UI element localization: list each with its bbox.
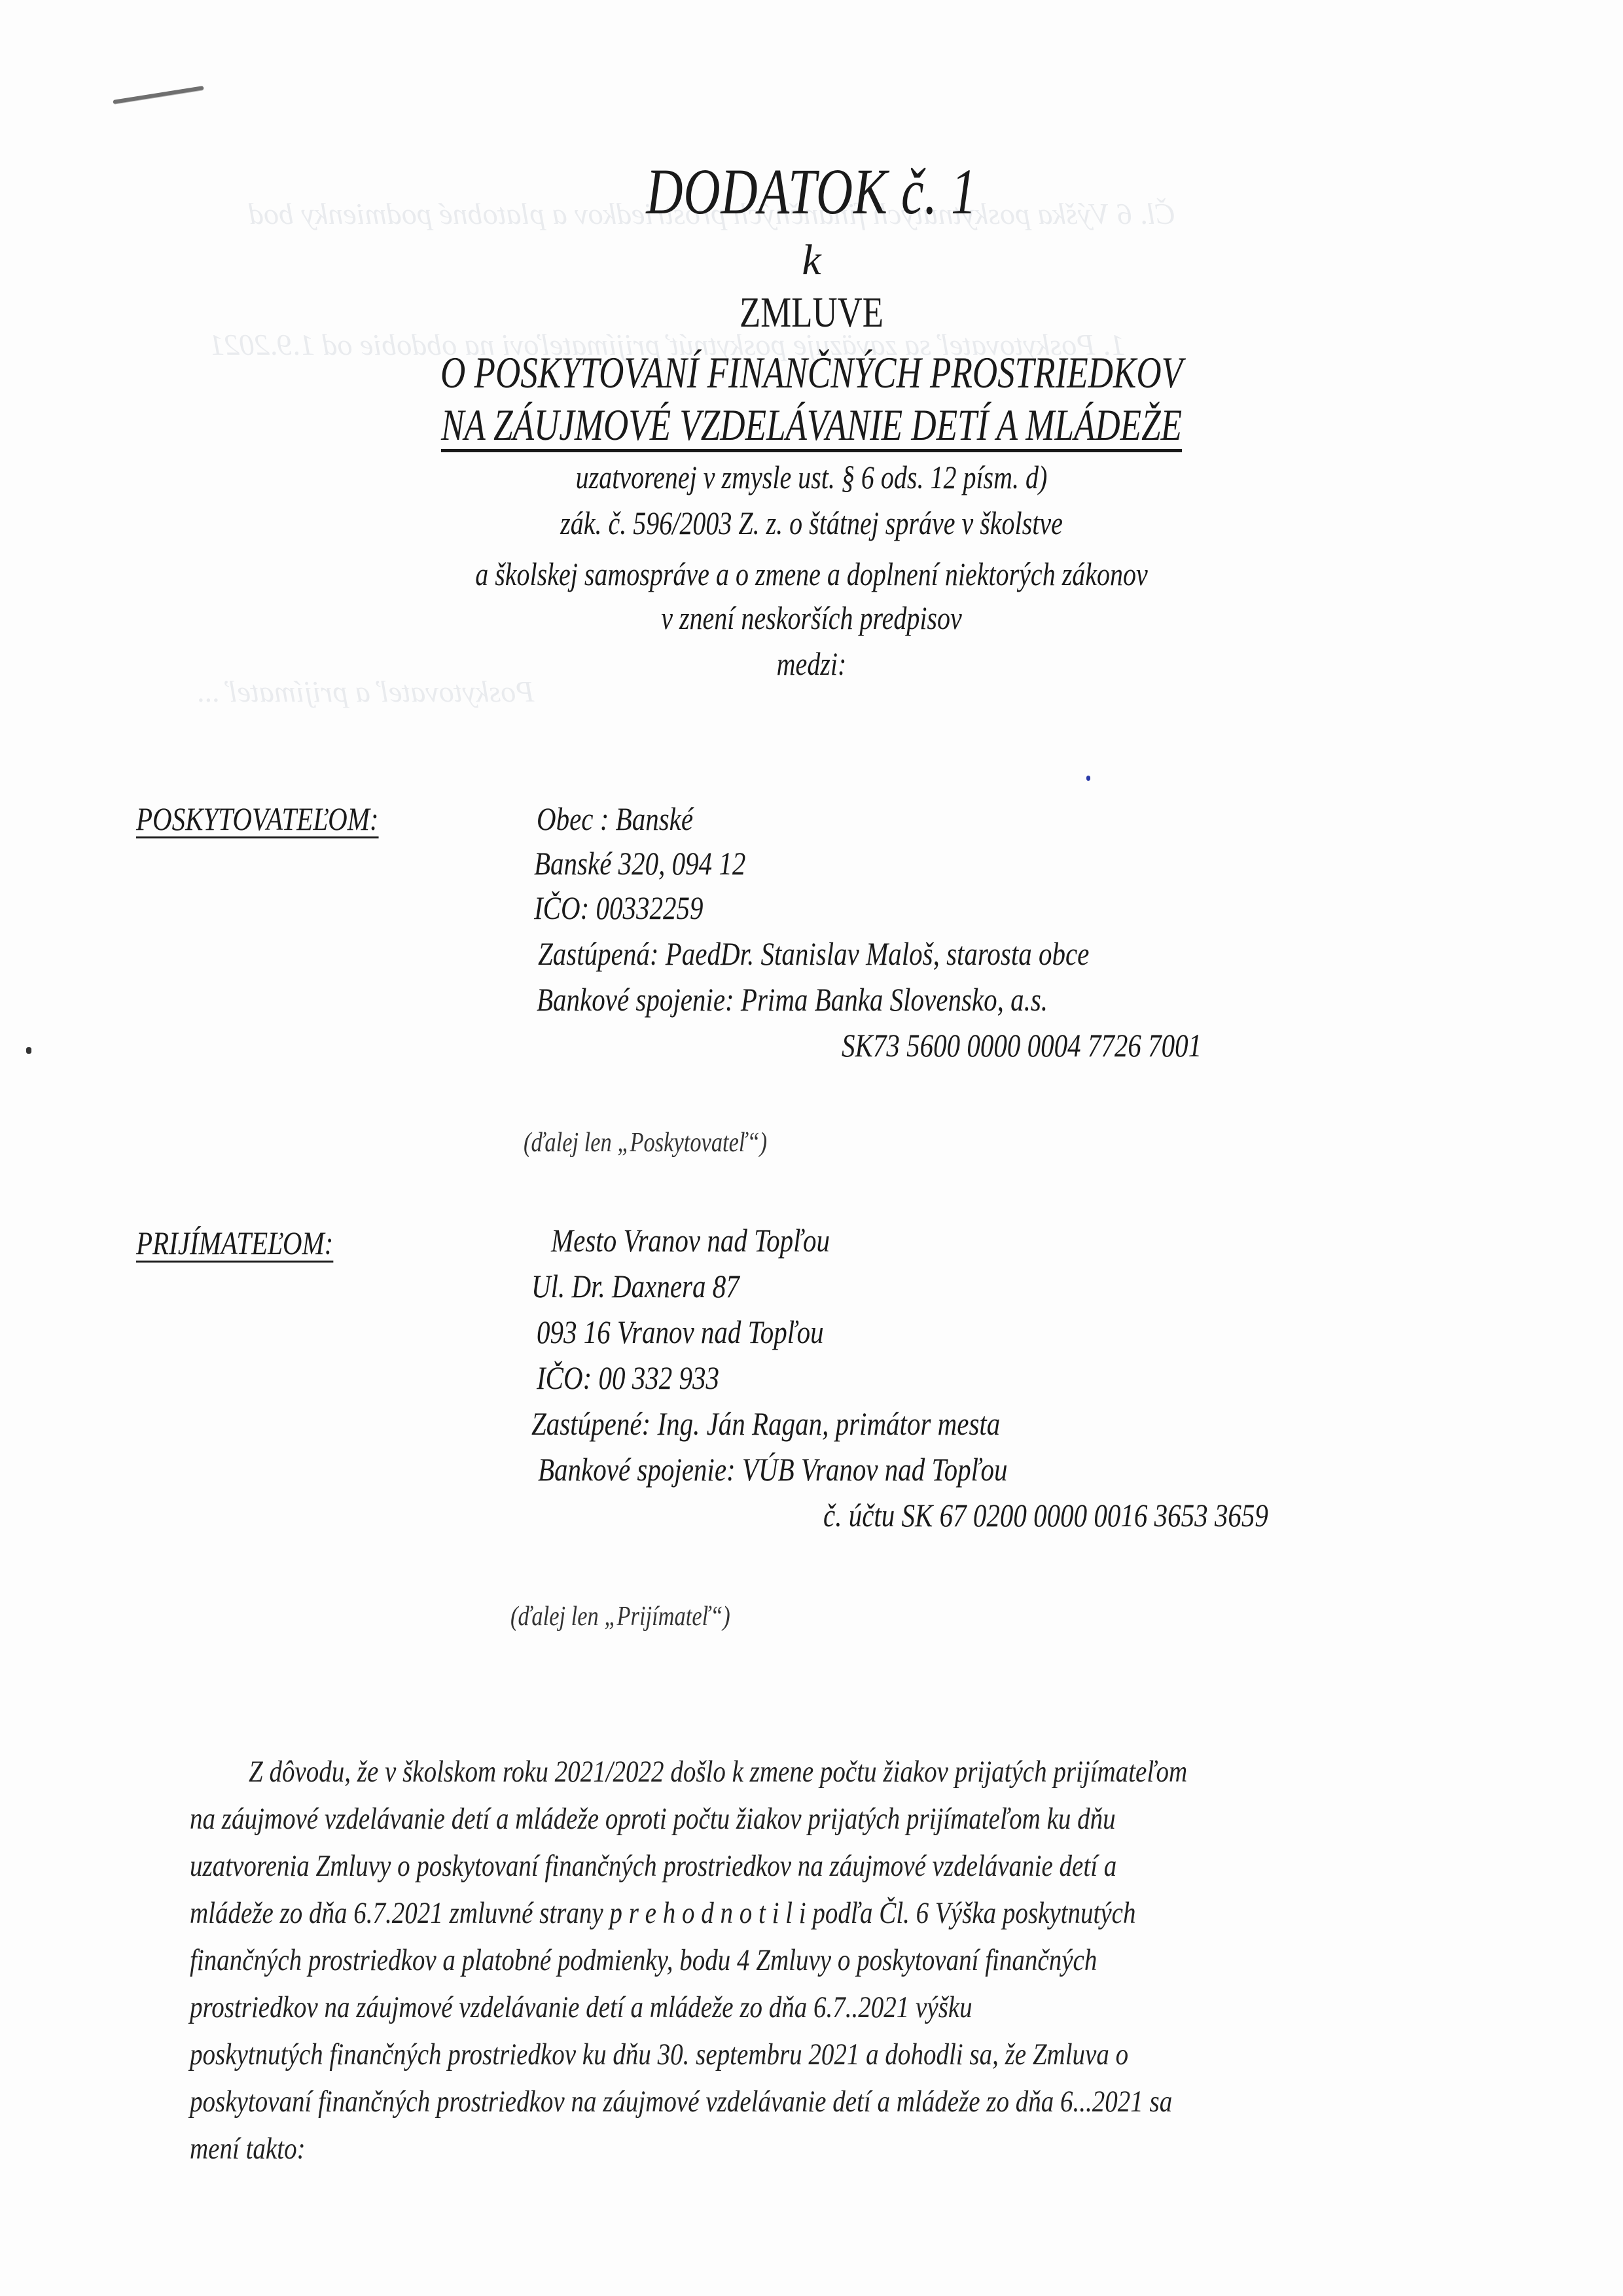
- recipient-city: 093 16 Vranov nad Topľou: [537, 1313, 824, 1351]
- provider-iban: SK73 5600 0000 0004 7726 7001: [842, 1026, 1202, 1064]
- body-line: poskytovaní finančných prostriedkov na z…: [190, 2084, 1482, 2119]
- body-line: Z dôvodu, že v školskom roku 2021/2022 d…: [249, 1754, 1541, 1789]
- document-page: Čl. 6 Výška poskytnutých finančných pros…: [0, 0, 1623, 2296]
- scan-speck: [26, 1047, 31, 1054]
- body-line: prostriedkov na záujmové vzdelávanie det…: [190, 1990, 1482, 2025]
- provider-note: (ďalej len „Poskytovateľ“): [524, 1127, 767, 1158]
- body-line: mládeže zo dňa 6.7.2021 zmluvné strany p…: [190, 1895, 1482, 1931]
- title-line-1: O POSKYTOVANÍ FINANČNÝCH PROSTRIEDKOV: [179, 347, 1444, 399]
- provider-bank: Bankové spojenie: Prima Banka Slovensko,…: [537, 980, 1048, 1018]
- recipient-street: Ul. Dr. Daxnera 87: [531, 1267, 740, 1305]
- ink-dot: [1086, 776, 1090, 781]
- body-line: finančných prostriedkov a platobné podmi…: [190, 1943, 1482, 1978]
- staple-mark: [113, 86, 204, 104]
- provider-label: POSKYTOVATEĽOM:: [136, 800, 379, 838]
- recipient-ico: IČO: 00 332 933: [537, 1359, 719, 1397]
- recipient-note: (ďalej len „Prijímateľ“): [510, 1601, 730, 1632]
- document-title: DODATOK č. 1: [179, 154, 1444, 229]
- title-connector: k: [0, 236, 1623, 285]
- recipient-name: Mesto Vranov nad Topľou: [551, 1221, 830, 1259]
- body-line: poskytnutých finančných prostriedkov ku …: [190, 2037, 1482, 2072]
- recipient-label: PRIJÍMATEĽOM:: [136, 1224, 333, 1262]
- subtitle-line: zák. č. 596/2003 Z. z. o štátnej správe …: [162, 504, 1461, 542]
- body-line: na záujmové vzdelávanie detí a mládeže o…: [190, 1801, 1482, 1837]
- subtitle-line: v znení neskorších predpisov: [162, 599, 1461, 637]
- subtitle-line: a školskej samospráve a o zmene a doplne…: [162, 555, 1461, 593]
- recipient-representative: Zastúpené: Ing. Ján Ragan, primátor mest…: [531, 1405, 1000, 1443]
- body-line: mení takto:: [190, 2131, 1482, 2166]
- provider-address: Banské 320, 094 12: [534, 844, 745, 882]
- title-zmluve: ZMLUVE: [162, 288, 1461, 338]
- subtitle-line: uzatvorenej v zmysle ust. § 6 ods. 12 pí…: [162, 458, 1461, 496]
- provider-representative: Zastúpená: PaedDr. Stanislav Maloš, star…: [538, 935, 1089, 973]
- body-line: uzatvorenia Zmluvy o poskytovaní finančn…: [190, 1848, 1482, 1884]
- provider-ico: IČO: 00332259: [534, 889, 704, 927]
- subtitle-medzi: medzi:: [162, 645, 1461, 683]
- title-line-2-text: NA ZÁUJMOVÉ VZDELÁVANIE DETÍ A MLÁDEŽE: [441, 400, 1182, 450]
- provider-name: Obec : Banské: [537, 800, 693, 838]
- recipient-bank: Bankové spojenie: VÚB Vranov nad Topľou: [538, 1450, 1007, 1488]
- title-line-2: NA ZÁUJMOVÉ VZDELÁVANIE DETÍ A MLÁDEŽE: [179, 399, 1444, 451]
- recipient-account: č. účtu SK 67 0200 0000 0016 3653 3659: [823, 1496, 1268, 1534]
